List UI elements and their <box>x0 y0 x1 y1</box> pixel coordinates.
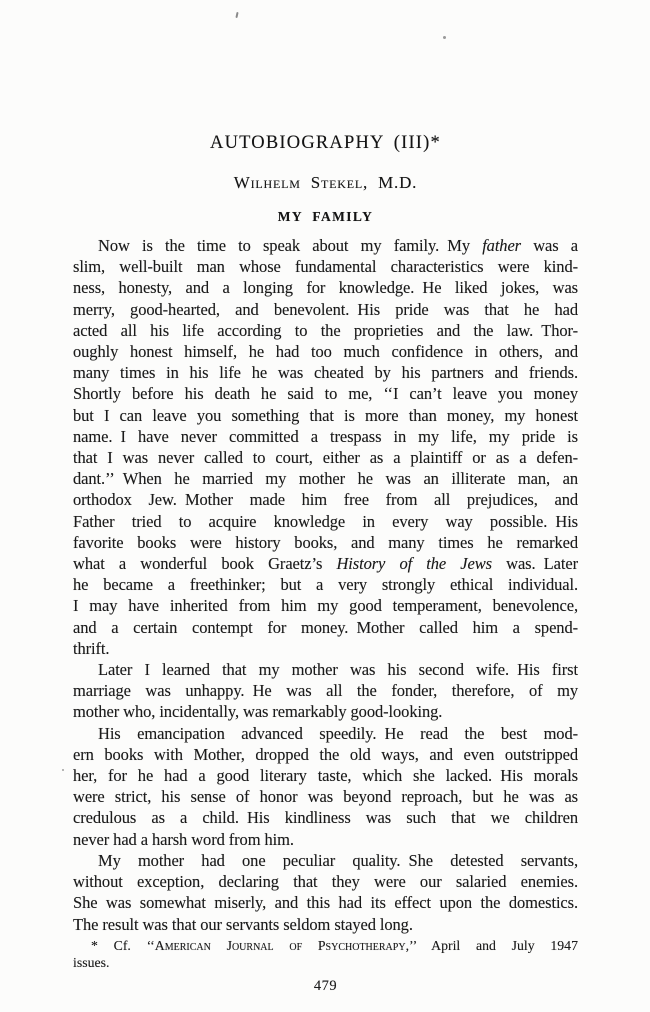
text-line: Father tried to acquire knowledge in eve… <box>73 511 578 532</box>
text-line: She was somewhat miserly, and this had i… <box>73 892 578 913</box>
text-line: were strict, his sense of honor was beyo… <box>73 786 578 807</box>
article-title: AUTOBIOGRAPHY (III)* <box>73 133 578 154</box>
text-line: marriage was unhappy. He was all the fon… <box>73 680 578 701</box>
text-line: credulous as a child. His kindliness was… <box>73 807 578 828</box>
text-line: without exception, declaring that they w… <box>73 871 578 892</box>
document-page: AUTOBIOGRAPHY (III)* Wilhelm Stekel, M.D… <box>0 0 650 1012</box>
text-line: slim, well-built man whose fundamental c… <box>73 256 578 277</box>
page-content: AUTOBIOGRAPHY (III)* Wilhelm Stekel, M.D… <box>73 0 578 995</box>
text-line: Shortly before his death he said to me, … <box>73 383 578 404</box>
footnote-line: * Cf. ‘‘American Journal of Psychotherap… <box>73 937 578 954</box>
text-line: ness, honesty, and a longing for knowled… <box>73 277 578 298</box>
body-paragraphs: Now is the time to speak about my family… <box>73 235 578 935</box>
text-line: oughly honest himself, he had too much c… <box>73 341 578 362</box>
text-line: acted all his life according to the prop… <box>73 320 578 341</box>
text-line: favorite books were history books, and m… <box>73 532 578 553</box>
text-line: her, for he had a good literary taste, w… <box>73 765 578 786</box>
text-line: merry, good-hearted, and benevolent. His… <box>73 299 578 320</box>
scan-speck <box>62 769 64 771</box>
paragraph: Now is the time to speak about my family… <box>73 235 578 659</box>
text-line: what a wonderful book Graetz’s History o… <box>73 553 578 574</box>
text-line: His emancipation advanced speedily. He r… <box>73 723 578 744</box>
text-line: name. I have never committed a trespass … <box>73 426 578 447</box>
page-number: 479 <box>73 978 578 995</box>
text-line: that I was never called to court, either… <box>73 447 578 468</box>
text-line: The result was that our servants seldom … <box>73 914 578 935</box>
paragraph: My mother had one peculiar quality. She … <box>73 850 578 935</box>
text-line: but I can leave you something that is mo… <box>73 405 578 426</box>
text-line: My mother had one peculiar quality. She … <box>73 850 578 871</box>
text-line: Later I learned that my mother was his s… <box>73 659 578 680</box>
text-line: never had a harsh word from him. <box>73 829 578 850</box>
author-byline: Wilhelm Stekel, M.D. <box>73 173 578 193</box>
text-line: Now is the time to speak about my family… <box>73 235 578 256</box>
footnote: * Cf. ‘‘American Journal of Psychotherap… <box>73 937 578 971</box>
text-line: thrift. <box>73 638 578 659</box>
text-line: and a certain contempt for money. Mother… <box>73 617 578 638</box>
text-line: I may have inherited from him my good te… <box>73 595 578 616</box>
text-line: mother who, incidentally, was remarkably… <box>73 701 578 722</box>
paragraph: His emancipation advanced speedily. He r… <box>73 723 578 850</box>
text-line: he became a freethinker; but a very stro… <box>73 574 578 595</box>
footnote-line: issues. <box>73 954 578 971</box>
text-line: ern books with Mother, dropped the old w… <box>73 744 578 765</box>
text-line: orthodox Jew. Mother made him free from … <box>73 489 578 510</box>
text-line: dant.’’ When he married my mother he was… <box>73 468 578 489</box>
paragraph: Later I learned that my mother was his s… <box>73 659 578 723</box>
text-line: many times in his life he was cheated by… <box>73 362 578 383</box>
section-heading: MY FAMILY <box>73 209 578 225</box>
